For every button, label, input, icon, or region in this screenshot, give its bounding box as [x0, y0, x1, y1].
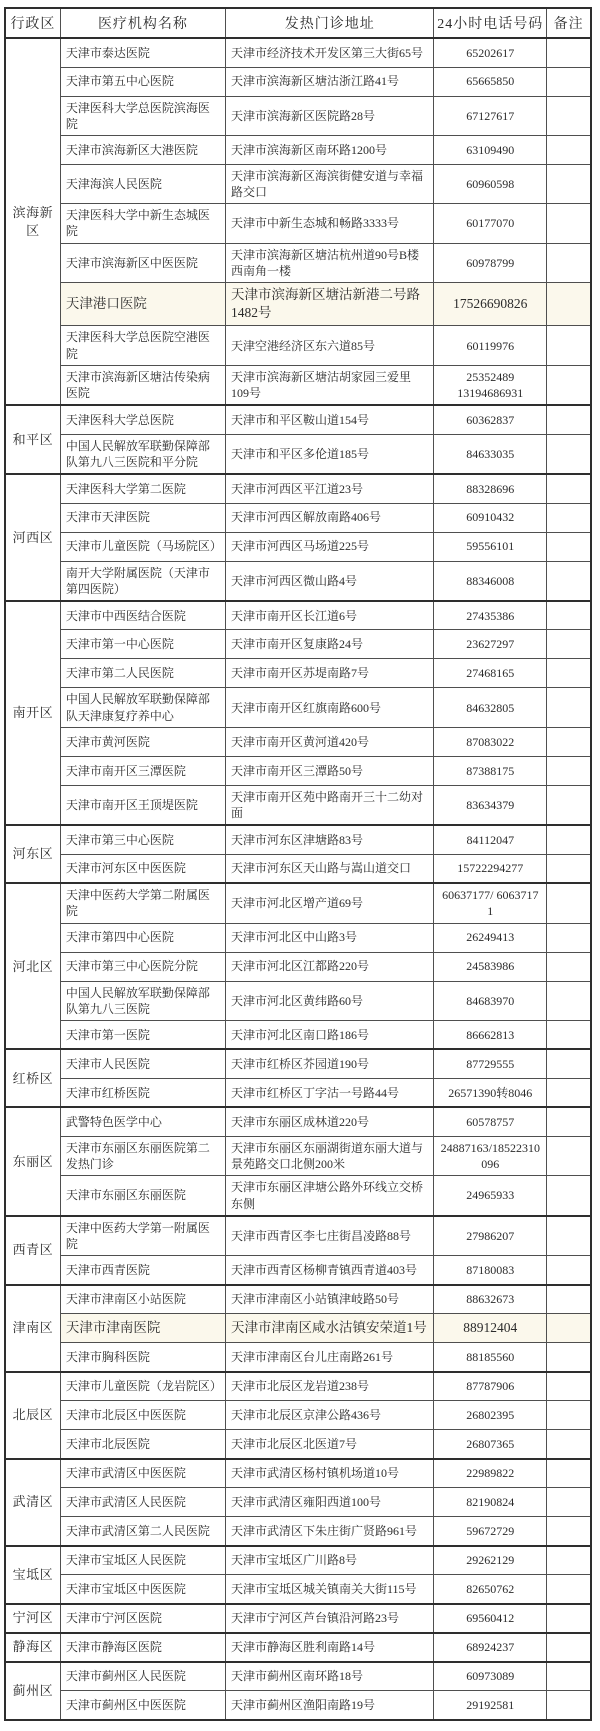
note-cell: [547, 67, 591, 96]
header-district: 行政区: [5, 8, 60, 38]
phone-cell: 60578757: [434, 1107, 547, 1136]
table-body: 滨海新区天津市泰达医院天津市经济技术开发区第三大街65号65202617天津市第…: [5, 38, 591, 1720]
note-cell: [547, 1314, 591, 1343]
hospital-name-cell: 天津市南开区三潭医院: [60, 756, 225, 785]
hospital-name-cell: 天津市蓟州区中医医院: [60, 1691, 225, 1720]
phone-cell: 24887163/18522310096: [434, 1136, 547, 1175]
note-cell: [547, 785, 591, 825]
phone-cell: 60960598: [434, 164, 547, 203]
note-cell: [547, 883, 591, 923]
header-row: 行政区 医疗机构名称 发热门诊地址 24小时电话号码 备注: [5, 8, 591, 38]
note-cell: [547, 825, 591, 854]
district-cell: 北辰区: [5, 1372, 60, 1459]
note-cell: [547, 365, 591, 405]
note-cell: [547, 96, 591, 135]
table-row: 北辰区天津市儿童医院（龙岩院区）天津市北辰区龙岩道238号87787906: [5, 1372, 591, 1401]
note-cell: [547, 1691, 591, 1720]
note-cell: [547, 1049, 591, 1078]
table-row: 天津市红桥医院天津市红桥区丁字沽一号路44号26571390转8046: [5, 1078, 591, 1107]
hospital-name-cell: 天津市河东区中医医院: [60, 854, 225, 883]
phone-cell: 27435386: [434, 601, 547, 630]
note-cell: [547, 923, 591, 952]
phone-cell: 26571390转8046: [434, 1078, 547, 1107]
hospital-name-cell: 天津市滨海新区大港医院: [60, 135, 225, 164]
phone-cell: 29192581: [434, 1691, 547, 1720]
hospital-name-cell: 天津市第三中心医院分院: [60, 952, 225, 981]
address-cell: 天津市中新生态城和畅路3333号: [226, 204, 434, 243]
phone-cell: 84683970: [434, 981, 547, 1020]
note-cell: [547, 1176, 591, 1216]
district-cell: 蓟州区: [5, 1662, 60, 1720]
address-cell: 天津市滨海新区南环路1200号: [226, 135, 434, 164]
phone-cell: 26802395: [434, 1401, 547, 1430]
note-cell: [547, 532, 591, 561]
phone-cell: 84632805: [434, 688, 547, 727]
note-cell: [547, 503, 591, 532]
table-row: 河西区天津医科大学第二医院天津市河西区平江道23号88328696: [5, 474, 591, 503]
phone-cell: 88185560: [434, 1343, 547, 1372]
hospital-name-cell: 天津市胸科医院: [60, 1343, 225, 1372]
address-cell: 天津市河西区平江道23号: [226, 474, 434, 503]
phone-cell: 87180083: [434, 1256, 547, 1285]
hospital-name-cell: 天津海滨人民医院: [60, 164, 225, 203]
phone-cell: 59556101: [434, 532, 547, 561]
phone-cell: 69560412: [434, 1604, 547, 1633]
table-row: 静海区天津市静海区医院天津市静海区胜利南路14号68924237: [5, 1633, 591, 1662]
address-cell: 天津市河北区增产道69号: [226, 883, 434, 923]
phone-cell: 88632673: [434, 1285, 547, 1314]
note-cell: [547, 1604, 591, 1633]
table-row: 中国人民解放军联勤保障部队天津康复疗养中心天津市南开区红旗南路600号84632…: [5, 688, 591, 727]
table-row: 南开区天津市中西医结合医院天津市南开区长江道6号27435386: [5, 601, 591, 630]
table-row: 天津市第二人民医院天津市南开区苏堤南路7号27468165: [5, 659, 591, 688]
address-cell: 天津市西青区李七庄街昌凌路88号: [226, 1216, 434, 1256]
note-cell: [547, 243, 591, 282]
hospital-name-cell: 天津中医药大学第一附属医院: [60, 1216, 225, 1256]
note-cell: [547, 1401, 591, 1430]
header-hospital-name: 医疗机构名称: [60, 8, 225, 38]
phone-cell: 23627297: [434, 630, 547, 659]
note-cell: [547, 1256, 591, 1285]
table-header: 行政区 医疗机构名称 发热门诊地址 24小时电话号码 备注: [5, 8, 591, 38]
hospital-name-cell: 天津市宁河区医院: [60, 1604, 225, 1633]
address-cell: 天津市和平区多伦道185号: [226, 434, 434, 474]
hospital-name-cell: 天津市宝坻区人民医院: [60, 1546, 225, 1575]
note-cell: [547, 1078, 591, 1107]
hospital-name-cell: 天津市宝坻区中医医院: [60, 1575, 225, 1604]
header-phone: 24小时电话号码: [434, 8, 547, 38]
address-cell: 天津市宁河区芦台镇沿河路23号: [226, 1604, 434, 1633]
fever-clinic-page: 行政区 医疗机构名称 发热门诊地址 24小时电话号码 备注 滨海新区天津市泰达医…: [0, 0, 600, 1731]
phone-cell: 65202617: [434, 38, 547, 67]
phone-cell: 60910432: [434, 503, 547, 532]
note-cell: [547, 38, 591, 67]
hospital-name-cell: 武警特色医学中心: [60, 1107, 225, 1136]
phone-cell: 22989822: [434, 1459, 547, 1488]
table-row: 红桥区天津市人民医院天津市红桥区芥园道190号87729555: [5, 1049, 591, 1078]
address-cell: 天津市滨海新区塘沽胡家园三爱里109号: [226, 365, 434, 405]
note-cell: [547, 601, 591, 630]
note-cell: [547, 204, 591, 243]
address-cell: 天津市滨海新区塘沽浙江路41号: [226, 67, 434, 96]
table-row: 中国人民解放军联勤保障部队第九八三医院天津市河北区黄纬路60号84683970: [5, 981, 591, 1020]
note-cell: [547, 688, 591, 727]
address-cell: 天津市东丽区津塘公路外环线立交桥东侧: [226, 1176, 434, 1216]
hospital-name-cell: 天津市人民医院: [60, 1049, 225, 1078]
address-cell: 天津市南开区苑中路南开三十二幼对面: [226, 785, 434, 825]
address-cell: 天津市东丽区东丽湖街道东丽大道与景苑路交口北侧200米: [226, 1136, 434, 1175]
phone-cell: 60978799: [434, 243, 547, 282]
address-cell: 天津市宝坻区广川路8号: [226, 1546, 434, 1575]
table-row: 天津医科大学总医院滨海医院天津市滨海新区医院路28号67127617: [5, 96, 591, 135]
hospital-name-cell: 天津医科大学总医院空港医院: [60, 326, 225, 365]
address-cell: 天津市河西区微山路4号: [226, 561, 434, 601]
table-row: 武清区天津市武清区中医医院天津市武清区杨村镇机场道10号22989822: [5, 1459, 591, 1488]
address-cell: 天津市西青区杨柳青镇西青道403号: [226, 1256, 434, 1285]
address-cell: 天津市河西区解放南路406号: [226, 503, 434, 532]
table-row: 天津市儿童医院（马场院区）天津市河西区马场道225号59556101: [5, 532, 591, 561]
table-row: 蓟州区天津市蓟州区人民医院天津市蓟州区南环路18号60973089: [5, 1662, 591, 1691]
table-row: 天津医科大学中新生态城医院天津市中新生态城和畅路3333号60177070: [5, 204, 591, 243]
hospital-name-cell: 天津市津南区小站医院: [60, 1285, 225, 1314]
phone-cell: 59672729: [434, 1517, 547, 1546]
phone-cell: 60973089: [434, 1662, 547, 1691]
table-row: 南开大学附属医院（天津市第四医院）天津市河西区微山路4号88346008: [5, 561, 591, 601]
hospital-name-cell: 天津市东丽区东丽医院第二发热门诊: [60, 1136, 225, 1175]
phone-cell: 83634379: [434, 785, 547, 825]
address-cell: 天津市蓟州区南环路18号: [226, 1662, 434, 1691]
note-cell: [547, 854, 591, 883]
table-row: 天津市蓟州区中医医院天津市蓟州区渔阳南路19号29192581: [5, 1691, 591, 1720]
note-cell: [547, 727, 591, 756]
table-row: 天津市东丽区东丽医院第二发热门诊天津市东丽区东丽湖街道东丽大道与景苑路交口北侧2…: [5, 1136, 591, 1175]
hospital-name-cell: 中国人民解放军联勤保障部队第九八三医院: [60, 981, 225, 1020]
district-cell: 静海区: [5, 1633, 60, 1662]
header-note: 备注: [547, 8, 591, 38]
table-row: 西青区天津中医药大学第一附属医院天津市西青区李七庄街昌凌路88号27986207: [5, 1216, 591, 1256]
district-cell: 东丽区: [5, 1107, 60, 1215]
hospital-name-cell: 天津市第一中心医院: [60, 630, 225, 659]
district-cell: 宁河区: [5, 1604, 60, 1633]
address-cell: 天津市河东区津塘路83号: [226, 825, 434, 854]
hospital-name-cell: 中国人民解放军联勤保障部队第九八三医院和平分院: [60, 434, 225, 474]
address-cell: 天津市红桥区芥园道190号: [226, 1049, 434, 1078]
table-row: 天津港口医院天津市滨海新区塘沽新港二号路1482号17526690826: [5, 283, 591, 326]
district-cell: 河北区: [5, 883, 60, 1049]
hospital-name-cell: 天津市滨海新区中医医院: [60, 243, 225, 282]
hospital-name-cell: 天津医科大学总医院: [60, 405, 225, 434]
address-cell: 天津市静海区胜利南路14号: [226, 1633, 434, 1662]
district-cell: 红桥区: [5, 1049, 60, 1107]
address-cell: 天津市武清区杨村镇机场道10号: [226, 1459, 434, 1488]
note-cell: [547, 1136, 591, 1175]
hospital-name-cell: 南开大学附属医院（天津市第四医院）: [60, 561, 225, 601]
note-cell: [547, 1216, 591, 1256]
table-row: 天津市第一医院天津市河北区南口路186号86662813: [5, 1020, 591, 1049]
note-cell: [547, 135, 591, 164]
address-cell: 天津市河北区中山路3号: [226, 923, 434, 952]
note-cell: [547, 283, 591, 326]
address-cell: 天津市津南区台儿庄南路261号: [226, 1343, 434, 1372]
address-cell: 天津市滨海新区塘沽杭州道90号B楼西南角一楼: [226, 243, 434, 282]
address-cell: 天津市北辰区龙岩道238号: [226, 1372, 434, 1401]
phone-cell: 17526690826: [434, 283, 547, 326]
table-row: 天津市武清区第二人民医院天津市武清区下朱庄街广贤路961号59672729: [5, 1517, 591, 1546]
address-cell: 天津市南开区复康路24号: [226, 630, 434, 659]
table-row: 天津市胸科医院天津市津南区台儿庄南路261号88185560: [5, 1343, 591, 1372]
phone-cell: 60637177/ 60637171: [434, 883, 547, 923]
phone-cell: 24965933: [434, 1176, 547, 1216]
table-row: 滨海新区天津市泰达医院天津市经济技术开发区第三大街65号65202617: [5, 38, 591, 67]
phone-cell: 67127617: [434, 96, 547, 135]
district-cell: 滨海新区: [5, 38, 60, 405]
address-cell: 天津市北辰区京津公路436号: [226, 1401, 434, 1430]
note-cell: [547, 1020, 591, 1049]
district-cell: 南开区: [5, 601, 60, 825]
phone-cell: 60362837: [434, 405, 547, 434]
note-cell: [547, 630, 591, 659]
phone-cell: 87729555: [434, 1049, 547, 1078]
district-cell: 西青区: [5, 1216, 60, 1285]
table-row: 天津市滨海新区中医医院天津市滨海新区塘沽杭州道90号B楼西南角一楼6097879…: [5, 243, 591, 282]
table-row: 东丽区武警特色医学中心天津市东丽区成林道220号60578757: [5, 1107, 591, 1136]
hospital-name-cell: 天津市第五中心医院: [60, 67, 225, 96]
note-cell: [547, 1372, 591, 1401]
address-cell: 天津市南开区三潭路50号: [226, 756, 434, 785]
hospital-name-cell: 天津市泰达医院: [60, 38, 225, 67]
address-cell: 天津市津南区咸水沽镇安荣道1号: [226, 1314, 434, 1343]
phone-cell: 63109490: [434, 135, 547, 164]
table-row: 中国人民解放军联勤保障部队第九八三医院和平分院天津市和平区多伦道185号8463…: [5, 434, 591, 474]
phone-cell: 15722294277: [434, 854, 547, 883]
address-cell: 天津市滨海新区海滨街健安道与幸福路交口: [226, 164, 434, 203]
phone-cell: 87388175: [434, 756, 547, 785]
address-cell: 天津市河西区马场道225号: [226, 532, 434, 561]
table-row: 天津市北辰医院天津市北辰区北医道7号26807365: [5, 1430, 591, 1459]
hospital-name-cell: 天津中医药大学第二附属医院: [60, 883, 225, 923]
table-row: 和平区天津医科大学总医院天津市和平区鞍山道154号60362837: [5, 405, 591, 434]
phone-cell: 60119976: [434, 326, 547, 365]
address-cell: 天津市南开区红旗南路600号: [226, 688, 434, 727]
phone-cell: 24583986: [434, 952, 547, 981]
note-cell: [547, 1343, 591, 1372]
address-cell: 天津市和平区鞍山道154号: [226, 405, 434, 434]
hospital-name-cell: 天津市滨海新区塘沽传染病医院: [60, 365, 225, 405]
table-row: 津南区天津市津南区小站医院天津市津南区小站镇津岐路50号88632673: [5, 1285, 591, 1314]
address-cell: 天津市蓟州区渔阳南路19号: [226, 1691, 434, 1720]
hospital-name-cell: 天津市儿童医院（马场院区）: [60, 532, 225, 561]
hospital-name-cell: 天津市红桥医院: [60, 1078, 225, 1107]
address-cell: 天津市武清区下朱庄街广贤路961号: [226, 1517, 434, 1546]
note-cell: [547, 981, 591, 1020]
address-cell: 天津市东丽区成林道220号: [226, 1107, 434, 1136]
hospital-name-cell: 天津市第二人民医院: [60, 659, 225, 688]
district-cell: 和平区: [5, 405, 60, 474]
note-cell: [547, 1575, 591, 1604]
table-row: 天津海滨人民医院天津市滨海新区海滨街健安道与幸福路交口60960598: [5, 164, 591, 203]
table-row: 天津市滨海新区塘沽传染病医院天津市滨海新区塘沽胡家园三爱里109号2535248…: [5, 365, 591, 405]
hospital-name-cell: 天津市第四中心医院: [60, 923, 225, 952]
hospital-name-cell: 天津港口医院: [60, 283, 225, 326]
table-row: 天津市武清区人民医院天津市武清区雍阳西道100号82190824: [5, 1488, 591, 1517]
hospital-name-cell: 天津市北辰区中医医院: [60, 1401, 225, 1430]
phone-cell: 26807365: [434, 1430, 547, 1459]
table-row: 天津市西青医院天津市西青区杨柳青镇西青道403号87180083: [5, 1256, 591, 1285]
phone-cell: 60177070: [434, 204, 547, 243]
table-row: 天津市南开区三潭医院天津市南开区三潭路50号87388175: [5, 756, 591, 785]
header-address: 发热门诊地址: [226, 8, 434, 38]
address-cell: 天津市津南区小站镇津岐路50号: [226, 1285, 434, 1314]
hospital-name-cell: 天津市中西医结合医院: [60, 601, 225, 630]
address-cell: 天津市南开区黄河道420号: [226, 727, 434, 756]
district-cell: 宝坻区: [5, 1546, 60, 1604]
note-cell: [547, 659, 591, 688]
district-cell: 武清区: [5, 1459, 60, 1546]
hospital-name-cell: 天津市武清区中医医院: [60, 1459, 225, 1488]
note-cell: [547, 1546, 591, 1575]
address-cell: 天津市红桥区丁字沽一号路44号: [226, 1078, 434, 1107]
address-cell: 天津市宝坻区城关镇南关大街115号: [226, 1575, 434, 1604]
phone-cell: 82190824: [434, 1488, 547, 1517]
note-cell: [547, 1662, 591, 1691]
address-cell: 天津空港经济区东六道85号: [226, 326, 434, 365]
address-cell: 天津市经济技术开发区第三大街65号: [226, 38, 434, 67]
table-row: 天津市河东区中医医院天津市河东区天山路与嵩山道交口15722294277: [5, 854, 591, 883]
address-cell: 天津市滨海新区医院路28号: [226, 96, 434, 135]
hospital-name-cell: 天津医科大学中新生态城医院: [60, 204, 225, 243]
phone-cell: 87787906: [434, 1372, 547, 1401]
note-cell: [547, 164, 591, 203]
address-cell: 天津市滨海新区塘沽新港二号路1482号: [226, 283, 434, 326]
hospital-name-cell: 天津市黄河医院: [60, 727, 225, 756]
hospital-name-cell: 天津市儿童医院（龙岩院区）: [60, 1372, 225, 1401]
phone-cell: 68924237: [434, 1633, 547, 1662]
hospital-name-cell: 天津市第三中心医院: [60, 825, 225, 854]
table-row: 天津市北辰区中医医院天津市北辰区京津公路436号26802395: [5, 1401, 591, 1430]
hospital-name-cell: 天津市第一医院: [60, 1020, 225, 1049]
hospital-name-cell: 天津市西青医院: [60, 1256, 225, 1285]
table-row: 天津市第五中心医院天津市滨海新区塘沽浙江路41号65665850: [5, 67, 591, 96]
note-cell: [547, 1488, 591, 1517]
table-row: 天津市津南医院天津市津南区咸水沽镇安荣道1号88912404: [5, 1314, 591, 1343]
phone-cell: 25352489 13194686931: [434, 365, 547, 405]
hospital-name-cell: 天津市北辰医院: [60, 1430, 225, 1459]
hospital-name-cell: 天津市静海区医院: [60, 1633, 225, 1662]
address-cell: 天津市河北区黄纬路60号: [226, 981, 434, 1020]
note-cell: [547, 434, 591, 474]
table-row: 天津市宝坻区中医医院天津市宝坻区城关镇南关大街115号82650762: [5, 1575, 591, 1604]
hospital-name-cell: 天津市武清区第二人民医院: [60, 1517, 225, 1546]
note-cell: [547, 756, 591, 785]
phone-cell: 88912404: [434, 1314, 547, 1343]
table-row: 宝坻区天津市宝坻区人民医院天津市宝坻区广川路8号29262129: [5, 1546, 591, 1575]
table-row: 宁河区天津市宁河区医院天津市宁河区芦台镇沿河路23号69560412: [5, 1604, 591, 1633]
table-row: 天津市第四中心医院天津市河北区中山路3号26249413: [5, 923, 591, 952]
address-cell: 天津市武清区雍阳西道100号: [226, 1488, 434, 1517]
address-cell: 天津市南开区长江道6号: [226, 601, 434, 630]
table-row: 天津市黄河医院天津市南开区黄河道420号87083022: [5, 727, 591, 756]
hospital-name-cell: 天津市东丽区东丽医院: [60, 1176, 225, 1216]
address-cell: 天津市河北区南口路186号: [226, 1020, 434, 1049]
table-row: 天津市东丽区东丽医院天津市东丽区津塘公路外环线立交桥东侧24965933: [5, 1176, 591, 1216]
table-row: 天津市南开区王顶堤医院天津市南开区苑中路南开三十二幼对面83634379: [5, 785, 591, 825]
hospital-name-cell: 中国人民解放军联勤保障部队天津康复疗养中心: [60, 688, 225, 727]
hospital-name-cell: 天津医科大学第二医院: [60, 474, 225, 503]
phone-cell: 29262129: [434, 1546, 547, 1575]
phone-cell: 87083022: [434, 727, 547, 756]
address-cell: 天津市南开区苏堤南路7号: [226, 659, 434, 688]
note-cell: [547, 1633, 591, 1662]
phone-cell: 27468165: [434, 659, 547, 688]
hospital-name-cell: 天津市蓟州区人民医院: [60, 1662, 225, 1691]
district-cell: 津南区: [5, 1285, 60, 1372]
phone-cell: 84112047: [434, 825, 547, 854]
hospital-name-cell: 天津市武清区人民医院: [60, 1488, 225, 1517]
address-cell: 天津市河北区江都路220号: [226, 952, 434, 981]
note-cell: [547, 1517, 591, 1546]
note-cell: [547, 1285, 591, 1314]
hospital-name-cell: 天津市天津医院: [60, 503, 225, 532]
note-cell: [547, 952, 591, 981]
note-cell: [547, 326, 591, 365]
phone-cell: 26249413: [434, 923, 547, 952]
hospital-name-cell: 天津医科大学总医院滨海医院: [60, 96, 225, 135]
table-row: 天津市第三中心医院分院天津市河北区江都路220号24583986: [5, 952, 591, 981]
phone-cell: 86662813: [434, 1020, 547, 1049]
address-cell: 天津市北辰区北医道7号: [226, 1430, 434, 1459]
table-row: 河北区天津中医药大学第二附属医院天津市河北区增产道69号60637177/ 60…: [5, 883, 591, 923]
district-cell: 河东区: [5, 825, 60, 883]
phone-cell: 27986207: [434, 1216, 547, 1256]
note-cell: [547, 405, 591, 434]
hospital-name-cell: 天津市津南医院: [60, 1314, 225, 1343]
phone-cell: 88346008: [434, 561, 547, 601]
phone-cell: 82650762: [434, 1575, 547, 1604]
phone-cell: 88328696: [434, 474, 547, 503]
note-cell: [547, 561, 591, 601]
table-row: 天津市天津医院天津市河西区解放南路406号60910432: [5, 503, 591, 532]
table-row: 天津医科大学总医院空港医院天津空港经济区东六道85号60119976: [5, 326, 591, 365]
table-row: 天津市滨海新区大港医院天津市滨海新区南环路1200号63109490: [5, 135, 591, 164]
note-cell: [547, 1459, 591, 1488]
table-row: 河东区天津市第三中心医院天津市河东区津塘路83号84112047: [5, 825, 591, 854]
district-cell: 河西区: [5, 474, 60, 601]
phone-cell: 84633035: [434, 434, 547, 474]
address-cell: 天津市河东区天山路与嵩山道交口: [226, 854, 434, 883]
fever-clinic-table: 行政区 医疗机构名称 发热门诊地址 24小时电话号码 备注 滨海新区天津市泰达医…: [4, 7, 592, 1721]
note-cell: [547, 474, 591, 503]
note-cell: [547, 1107, 591, 1136]
table-row: 天津市第一中心医院天津市南开区复康路24号23627297: [5, 630, 591, 659]
hospital-name-cell: 天津市南开区王顶堤医院: [60, 785, 225, 825]
phone-cell: 65665850: [434, 67, 547, 96]
note-cell: [547, 1430, 591, 1459]
